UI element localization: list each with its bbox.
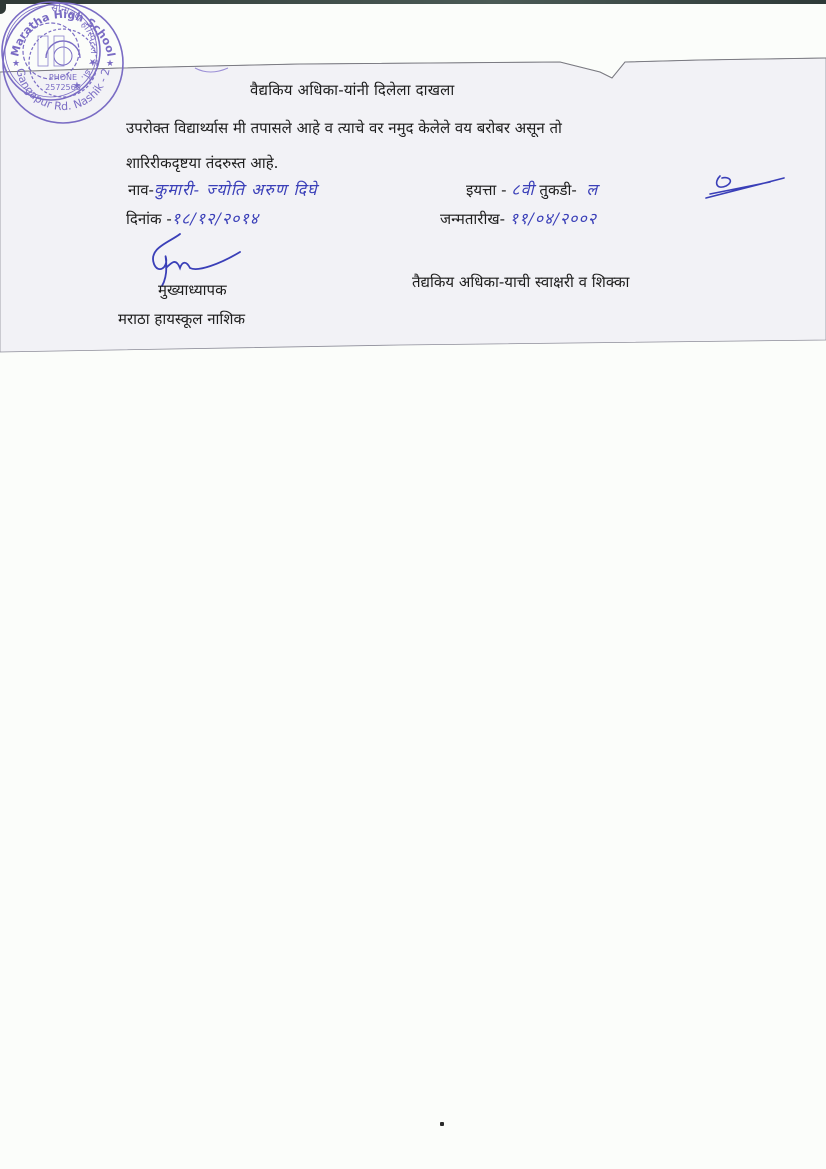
name-value: कुमारी- ज्योति अरुण दिघे (154, 180, 318, 199)
division-label: तुकडी- (535, 181, 582, 199)
medical-certificate-slip: वैद्यकिय अधिका-यांनी दिलेला दाखला उपरोक्… (0, 0, 826, 360)
division-value: ल (586, 180, 598, 199)
date-value: १८/१२/२०१४ (172, 209, 259, 228)
medical-officer-signature (700, 172, 790, 202)
standard-value: ८वी (511, 180, 534, 199)
medical-officer-label: तैद्यकिय अधिका-याची स्वाक्षरी व शिक्का (412, 272, 629, 292)
standard-label: इयत्ता - (466, 181, 511, 199)
name-label: नाव- (128, 181, 154, 199)
name-field: नाव-कुमारी- ज्योति अरुण दिघे (128, 178, 318, 200)
scan-speck (440, 1122, 444, 1126)
certificate-text-line-1: उपरोक्त विद्यार्थ्यास मी तपासले आहे व त्… (126, 118, 562, 138)
svg-text:★: ★ (106, 59, 114, 69)
date-field: दिनांक -१८/१२/२०१४ (126, 207, 259, 229)
dob-field: जन्मतारीख- ११/०४/२००२ (440, 207, 597, 229)
school-label: मराठा हायस्कूल नाशिक (118, 309, 245, 329)
standard-division-field: इयत्ता - ८वी तुकडी- ल (466, 178, 598, 200)
date-label: दिनांक - (126, 210, 172, 228)
dob-label: जन्मतारीख- (440, 210, 510, 228)
dob-value: ११/०४/२००२ (510, 209, 597, 228)
medical-stamp: सोनावणे हॉस्पिटल ★ डॉ. ★ (0, 0, 102, 102)
principal-label: मुख्याध्यापक (158, 280, 227, 300)
certificate-text-line-2: शारिरीकदृष्टया तंदरुस्त आहे. (126, 153, 278, 173)
document-title: वैद्यकिय अधिका-यांनी दिलेला दाखला (250, 80, 454, 100)
